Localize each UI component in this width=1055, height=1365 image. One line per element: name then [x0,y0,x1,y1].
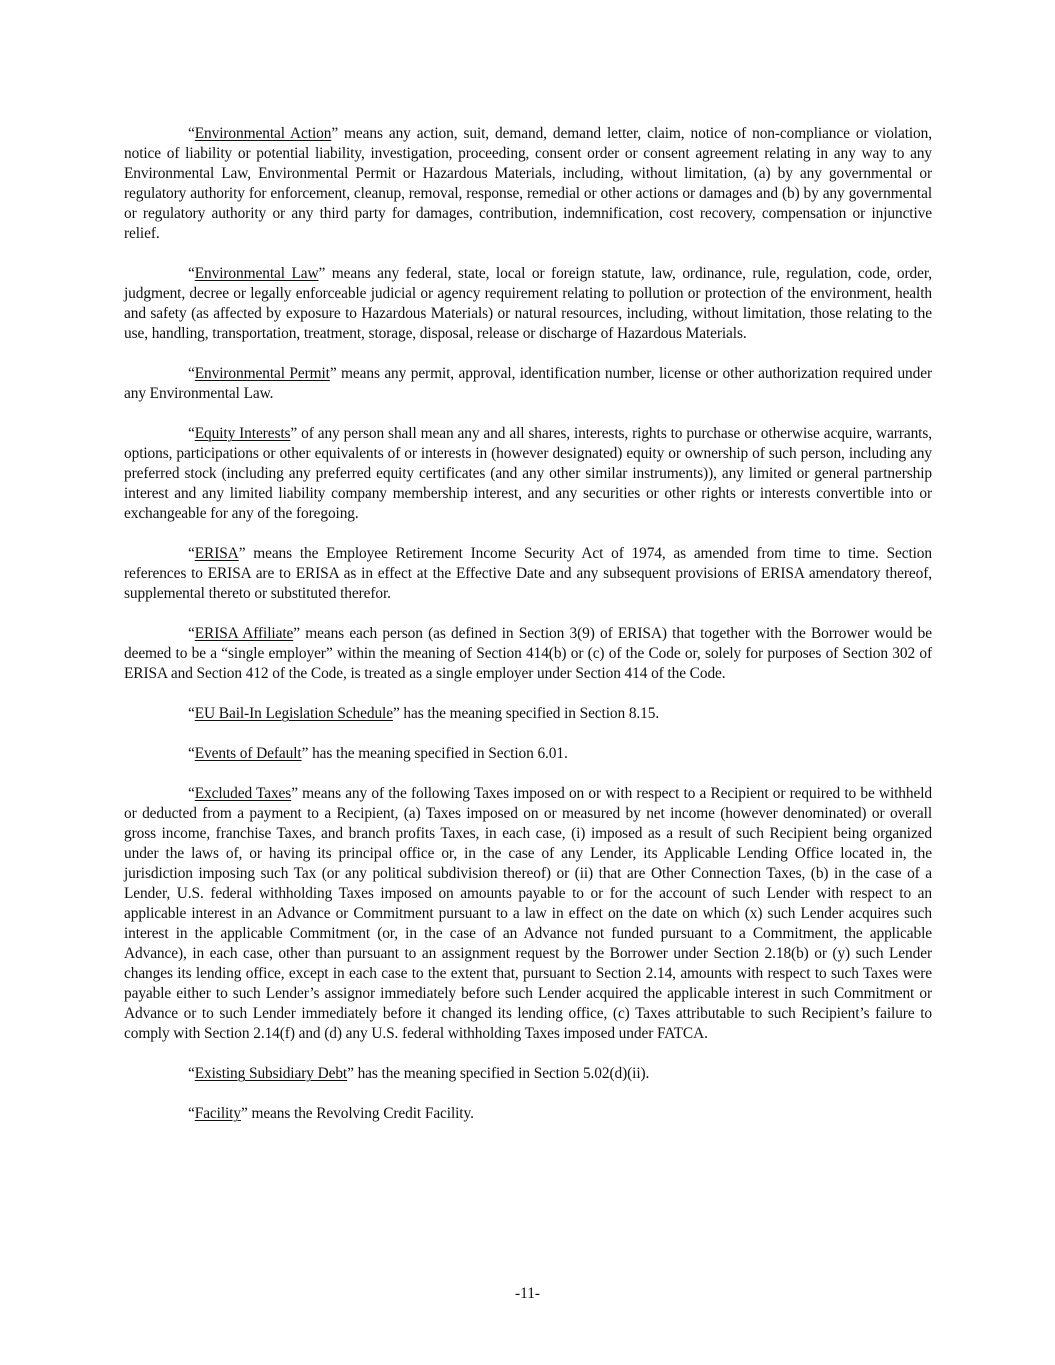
definition-facility: “Facility” means the Revolving Credit Fa… [124,1104,932,1124]
definition-erisa: “ERISA” means the Employee Retirement In… [124,544,932,604]
close-quote: ” [293,625,300,642]
defined-term: Events of Default [195,745,302,762]
defined-term: EU Bail-In Legislation Schedule [195,705,393,722]
defined-term: ERISA Affiliate [195,625,294,642]
defined-term: Environmental Permit [195,365,330,382]
open-quote: “ [188,745,195,762]
definition-events-of-default: “Events of Default” has the meaning spec… [124,744,932,764]
definition-excluded-taxes: “Excluded Taxes” means any of the follow… [124,784,932,1044]
close-quote: ” [347,1065,354,1082]
defined-term: Environmental Action [195,125,332,142]
defined-term: Facility [195,1105,241,1122]
definition-existing-subsidiary-debt: “Existing Subsidiary Debt” has the meani… [124,1064,932,1084]
definition-text: has the meaning specified in Section 8.1… [400,705,659,722]
open-quote: “ [188,785,195,802]
close-quote: ” [291,785,298,802]
document-page: “Environmental Action” means any action,… [124,124,932,1144]
defined-term: Equity Interests [195,425,291,442]
open-quote: “ [188,1105,195,1122]
definition-environmental-law: “Environmental Law” means any federal, s… [124,264,932,344]
close-quote: ” [393,705,400,722]
definition-environmental-permit: “Environmental Permit” means any permit,… [124,364,932,404]
open-quote: “ [188,425,195,442]
defined-term: Existing Subsidiary Debt [195,1065,347,1082]
defined-term: Excluded Taxes [195,785,291,802]
definition-text: means any action, suit, demand, demand l… [124,125,932,242]
close-quote: ” [241,1105,248,1122]
open-quote: “ [188,265,195,282]
open-quote: “ [188,125,195,142]
definition-environmental-action: “Environmental Action” means any action,… [124,124,932,244]
close-quote: ” [330,365,337,382]
definition-erisa-affiliate: “ERISA Affiliate” means each person (as … [124,624,932,684]
definition-text: means the Employee Retirement Income Sec… [124,545,932,602]
definition-equity-interests: “Equity Interests” of any person shall m… [124,424,932,524]
definition-text: has the meaning specified in Section 5.0… [354,1065,649,1082]
definition-text: means any of the following Taxes imposed… [124,785,932,1042]
open-quote: “ [188,705,195,722]
definition-text: means the Revolving Credit Facility. [248,1105,474,1122]
open-quote: “ [188,1065,195,1082]
definition-text: has the meaning specified in Section 6.0… [308,745,567,762]
defined-term: Environmental Law [195,265,319,282]
definition-eu-bail-in-legislation-schedule: “EU Bail-In Legislation Schedule” has th… [124,704,932,724]
open-quote: “ [188,365,195,382]
page-number: -11- [0,1284,1055,1304]
open-quote: “ [188,545,195,562]
open-quote: “ [188,625,195,642]
defined-term: ERISA [195,545,239,562]
